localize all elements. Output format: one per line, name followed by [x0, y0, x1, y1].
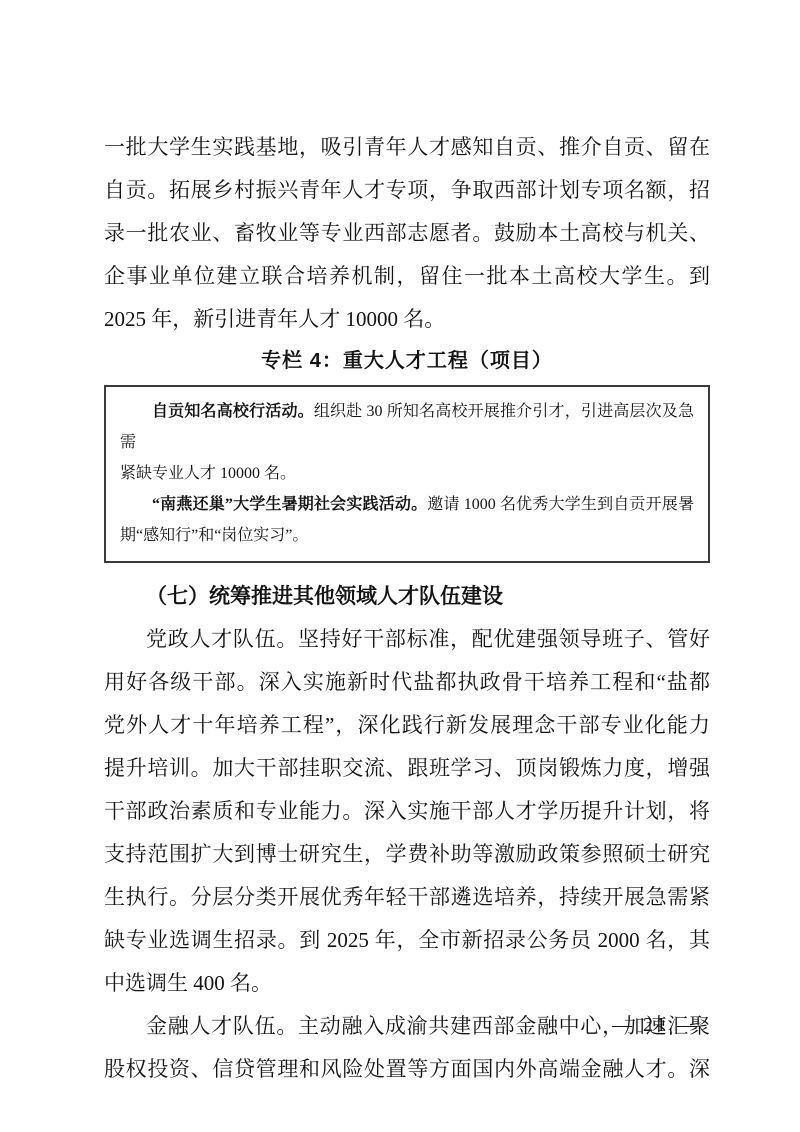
- box-paragraph-summer-practice: “南燕还巢”大学生暑期社会实践活动。邀请 1000 名优秀大学生到自贡开展暑期“…: [120, 489, 694, 551]
- text-line: 缺专业选调生招录。到 2025 年，全市新招录公务员 2000 名，其: [104, 919, 710, 962]
- text-line: 期“感知行”和“岗位实习”。: [120, 520, 694, 551]
- text-line: 一批大学生实践基地，吸引青年人才感知自贡、推介自贡、留在: [104, 126, 710, 169]
- page-number: — 21 —: [612, 1010, 700, 1040]
- text-line: 用好各级干部。深入实施新时代盐都执政骨干培养工程和“盐都: [104, 661, 710, 704]
- text-line: 提升培训。加大干部挂职交流、跟班学习、顶岗锻炼力度，增强: [104, 747, 710, 790]
- text-line: 自贡知名高校行活动。组织赴 30 所知名高校开展推介引才，引进高层次及急需: [120, 396, 694, 458]
- text-line: 支持范围扩大到博士研究生，学费补助等激励政策参照硕士研究: [104, 833, 710, 876]
- text-line: 生执行。分层分类开展优秀年轻干部遴选培养，持续开展急需紧: [104, 876, 710, 919]
- bold-lead-text: “南燕还巢”大学生暑期社会实践活动。: [152, 496, 427, 513]
- box-paragraph-university-tour: 自贡知名高校行活动。组织赴 30 所知名高校开展推介引才，引进高层次及急需紧缺专…: [120, 396, 694, 489]
- section-heading-seven: （七）统筹推进其他领域人才队伍建设: [104, 575, 710, 618]
- text-line: 企事业单位建立联合培养机制，留住一批本土高校大学生。到: [104, 255, 710, 298]
- page-content: 一批大学生实践基地，吸引青年人才感知自贡、推介自贡、留在自贡。拓展乡村振兴青年人…: [104, 126, 710, 1091]
- text-line: 紧缺专业人才 10000 名。: [120, 458, 694, 489]
- paragraph-youth-talent-continuation: 一批大学生实践基地，吸引青年人才感知自贡、推介自贡、留在自贡。拓展乡村振兴青年人…: [104, 126, 710, 341]
- text-line: 党外人才十年培养工程”，深化践行新发展理念干部专业化能力: [104, 704, 710, 747]
- text-line: 2025 年，新引进青年人才 10000 名。: [104, 298, 710, 341]
- document-page: 一批大学生实践基地，吸引青年人才感知自贡、推介自贡、留在自贡。拓展乡村振兴青年人…: [0, 0, 800, 1132]
- column-4-box: 自贡知名高校行活动。组织赴 30 所知名高校开展推介引才，引进高层次及急需紧缺专…: [104, 385, 710, 563]
- text-line: 党政人才队伍。坚持好干部标准，配优建强领导班子、管好: [104, 618, 710, 661]
- text-line: 干部政治素质和专业能力。深入实施干部人才学历提升计划，将: [104, 790, 710, 833]
- bold-lead-text: 自贡知名高校行活动。: [152, 403, 314, 420]
- paragraph-party-cadre-talent: 党政人才队伍。坚持好干部标准，配优建强领导班子、管好用好各级干部。深入实施新时代…: [104, 618, 710, 1005]
- text-line: 中选调生 400 名。: [104, 962, 710, 1005]
- text-line: 自贡。拓展乡村振兴青年人才专项，争取西部计划专项名额，招: [104, 169, 710, 212]
- text-line: 录一批农业、畜牧业等专业西部志愿者。鼓励本土高校与机关、: [104, 212, 710, 255]
- column-4-title: 专栏 4：重大人才工程（项目）: [104, 347, 710, 375]
- text-line: 股权投资、信贷管理和风险处置等方面国内外高端金融人才。深: [104, 1048, 710, 1091]
- text-line: “南燕还巢”大学生暑期社会实践活动。邀请 1000 名优秀大学生到自贡开展暑: [120, 489, 694, 520]
